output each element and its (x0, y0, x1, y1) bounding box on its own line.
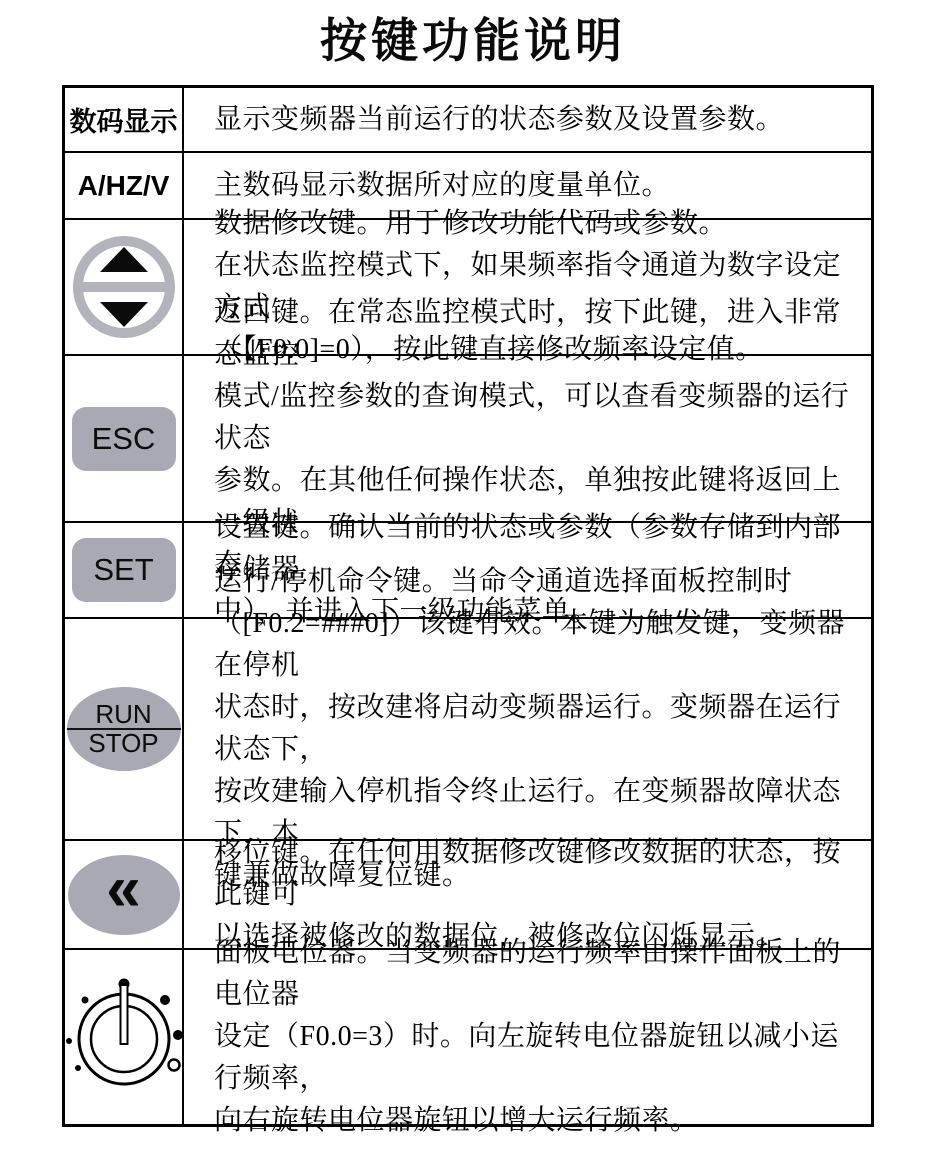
shift-left-icon: « (68, 855, 180, 935)
key-cell-digital-display: 数码显示 (65, 88, 184, 151)
potentiometer-icon (59, 961, 189, 1113)
key-cell-unit-indicator: A/HZ/V (65, 153, 184, 218)
digital-display-label: 数码显示 (70, 100, 178, 139)
run-stop-keycap: RUN STOP (67, 687, 181, 771)
stop-label: STOP (88, 729, 158, 758)
esc-keycap: ESC (72, 407, 176, 471)
set-keycap: SET (72, 538, 176, 602)
key-cell-up-down (65, 220, 184, 354)
potentiometer-description: 面板电位器。当变频器的运行频率由操作面板上的电位器 设定（F0.0=3）时。向左… (184, 950, 871, 1124)
shift-glyph: « (106, 856, 140, 921)
digital-display-description: 显示变频器当前运行的状态参数及设置参数。 (184, 88, 871, 151)
page-title: 按键功能说明 (0, 4, 946, 71)
key-cell-esc: ESC (65, 356, 184, 521)
esc-key-description: 返回键。在常态监控模式时，按下此键，进入非常态监控 模式/监控参数的查询模式，可… (184, 356, 871, 521)
table-row: ESC 返回键。在常态监控模式时，按下此键，进入非常态监控 模式/监控参数的查询… (65, 354, 871, 521)
key-function-table: 数码显示 显示变频器当前运行的状态参数及设置参数。 A/HZ/V 主数码显示数据… (62, 85, 874, 1127)
run-stop-divider (67, 728, 181, 730)
key-cell-run-stop: RUN STOP (65, 619, 184, 839)
key-cell-shift: « (65, 841, 184, 948)
table-row: 数码显示 显示变频器当前运行的状态参数及设置参数。 (65, 88, 871, 151)
key-cell-potentiometer (65, 950, 184, 1124)
key-cell-set: SET (65, 523, 184, 617)
unit-indicator-label: A/HZ/V (78, 170, 170, 202)
table-row: RUN STOP 运行/停机命令键。当命令通道选择面板控制时 （[F0.2=##… (65, 617, 871, 839)
table-row: 面板电位器。当变频器的运行频率由操作面板上的电位器 设定（F0.0=3）时。向左… (65, 948, 871, 1124)
run-stop-key-description: 运行/停机命令键。当命令通道选择面板控制时 （[F0.2=###0]）该键有效。… (184, 619, 871, 839)
up-down-arrows-icon (72, 234, 176, 340)
run-label: RUN (95, 700, 151, 729)
